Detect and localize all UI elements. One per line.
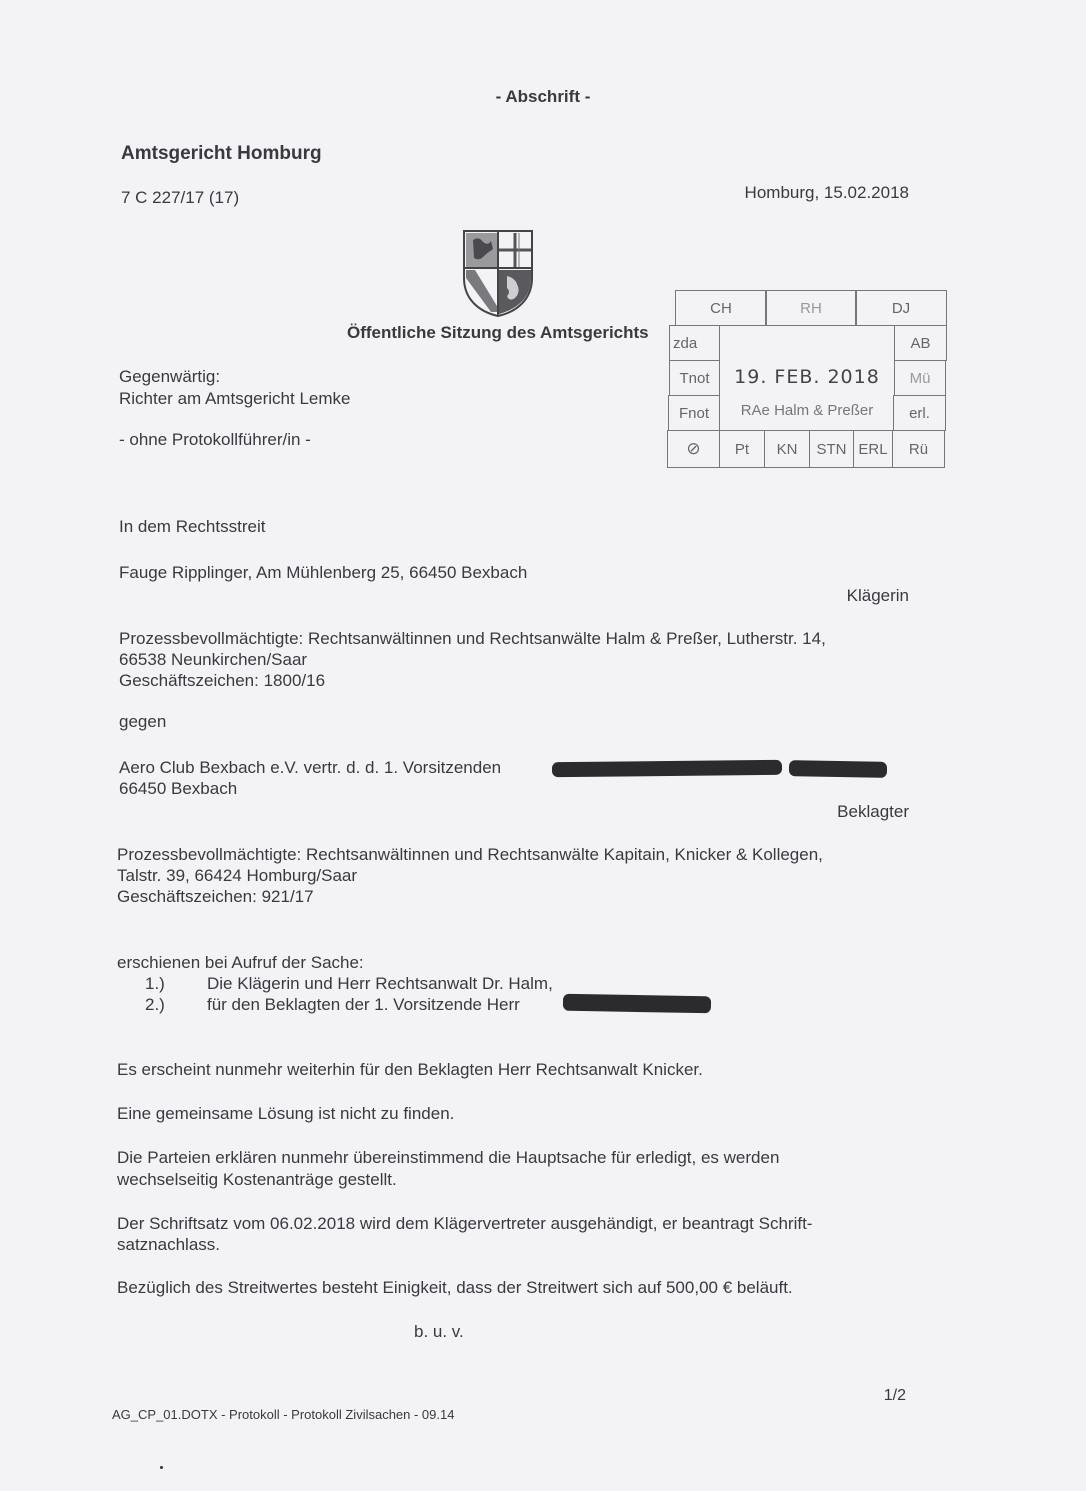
- paragraph: Der Schriftsatz vom 06.02.2018 wird dem …: [117, 1214, 812, 1234]
- page-number: 1/2: [884, 1387, 906, 1405]
- coat-of-arms-icon: [461, 228, 535, 318]
- stamp-cell: erl.: [893, 395, 946, 431]
- case-number: 7 C 227/17 (17): [121, 188, 239, 208]
- defendant-name: Aero Club Bexbach e.V. vertr. d. d. 1. V…: [119, 758, 501, 778]
- stamp-firm: RAe Halm & Preßer: [741, 402, 874, 419]
- redaction-bar: [563, 994, 711, 1014]
- defendant-address: 66450 Bexbach: [119, 779, 237, 799]
- plaintiff-counsel: Prozessbevollmächtigte: Rechtsanwältinne…: [119, 629, 826, 649]
- defendant-role: Beklagter: [837, 802, 909, 822]
- redaction-bar: [789, 760, 887, 778]
- closing-note: b. u. v.: [414, 1322, 464, 1342]
- scan-speck: [160, 1466, 163, 1469]
- plaintiff-reference: Geschäftszeichen: 1800/16: [119, 671, 325, 691]
- stamp-cell: RH: [765, 290, 857, 326]
- appeared-label: erschienen bei Aufruf der Sache:: [117, 953, 364, 973]
- plaintiff-role: Klägerin: [847, 586, 909, 606]
- stamp-cell: CH: [675, 290, 767, 326]
- defendant-reference: Geschäftszeichen: 921/17: [117, 887, 314, 907]
- paragraph: wechselseitig Kostenanträge gestellt.: [117, 1170, 397, 1190]
- place-date: Homburg, 15.02.2018: [745, 183, 909, 203]
- stamp-cell: ⊘: [667, 430, 720, 468]
- present-judge: Richter am Amtsgericht Lemke: [119, 389, 350, 409]
- received-stamp: CH RH DJ zda Tnot Fnot ⊘ 19. FEB. 2018 R…: [667, 290, 947, 472]
- defendant-counsel: Prozessbevollmächtigte: Rechtsanwältinne…: [117, 845, 823, 865]
- stamp-cell: KN: [764, 430, 810, 468]
- list-item: für den Beklagten der 1. Vorsitzende Her…: [207, 995, 520, 1015]
- stamp-date: 19. FEB. 2018: [734, 366, 880, 388]
- list-item-number: 1.): [145, 974, 165, 994]
- defendant-counsel-address: Talstr. 39, 66424 Homburg/Saar: [117, 866, 357, 886]
- paragraph: Eine gemeinsame Lösung ist nicht zu find…: [117, 1104, 454, 1124]
- stamp-cell: Mü: [894, 360, 946, 396]
- plaintiff-name-address: Fauge Ripplinger, Am Mühlenberg 25, 6645…: [119, 563, 527, 583]
- present-label: Gegenwärtig:: [119, 367, 220, 387]
- stamp-cell: zda: [669, 325, 720, 361]
- stamp-cell: DJ: [855, 290, 947, 326]
- copy-header: - Abschrift -: [0, 87, 1086, 107]
- stamp-cell: Pt: [719, 430, 765, 468]
- redaction-bar: [552, 760, 782, 777]
- list-item-number: 2.): [145, 995, 165, 1015]
- no-clerk-note: - ohne Protokollführer/in -: [119, 430, 311, 450]
- paragraph: Bezüglich des Streitwertes besteht Einig…: [117, 1278, 793, 1298]
- stamp-cell: Fnot: [668, 395, 720, 431]
- versus-label: gegen: [119, 712, 166, 732]
- paragraph: Es erscheint nunmehr weiterhin für den B…: [117, 1060, 703, 1080]
- stamp-cell: Rü: [892, 430, 945, 468]
- session-title: Öffentliche Sitzung des Amtsgerichts: [347, 323, 649, 343]
- court-name: Amtsgericht Homburg: [121, 143, 322, 165]
- stamp-cell: STN: [809, 430, 854, 468]
- stamp-cell: Tnot: [669, 360, 720, 396]
- case-intro: In dem Rechtsstreit: [119, 517, 265, 537]
- stamp-cell: AB: [894, 325, 947, 361]
- footer-template-id: AG_CP_01.DOTX - Protokoll - Protokoll Zi…: [112, 1407, 454, 1422]
- paragraph: Die Parteien erklären nunmehr übereinsti…: [117, 1148, 779, 1168]
- paragraph: satznachlass.: [117, 1235, 220, 1255]
- stamp-center: 19. FEB. 2018 RAe Halm & Preßer: [719, 325, 895, 431]
- plaintiff-counsel-address: 66538 Neunkirchen/Saar: [119, 650, 307, 670]
- stamp-cell: ERL: [853, 430, 893, 468]
- list-item: Die Klägerin und Herr Rechtsanwalt Dr. H…: [207, 974, 553, 994]
